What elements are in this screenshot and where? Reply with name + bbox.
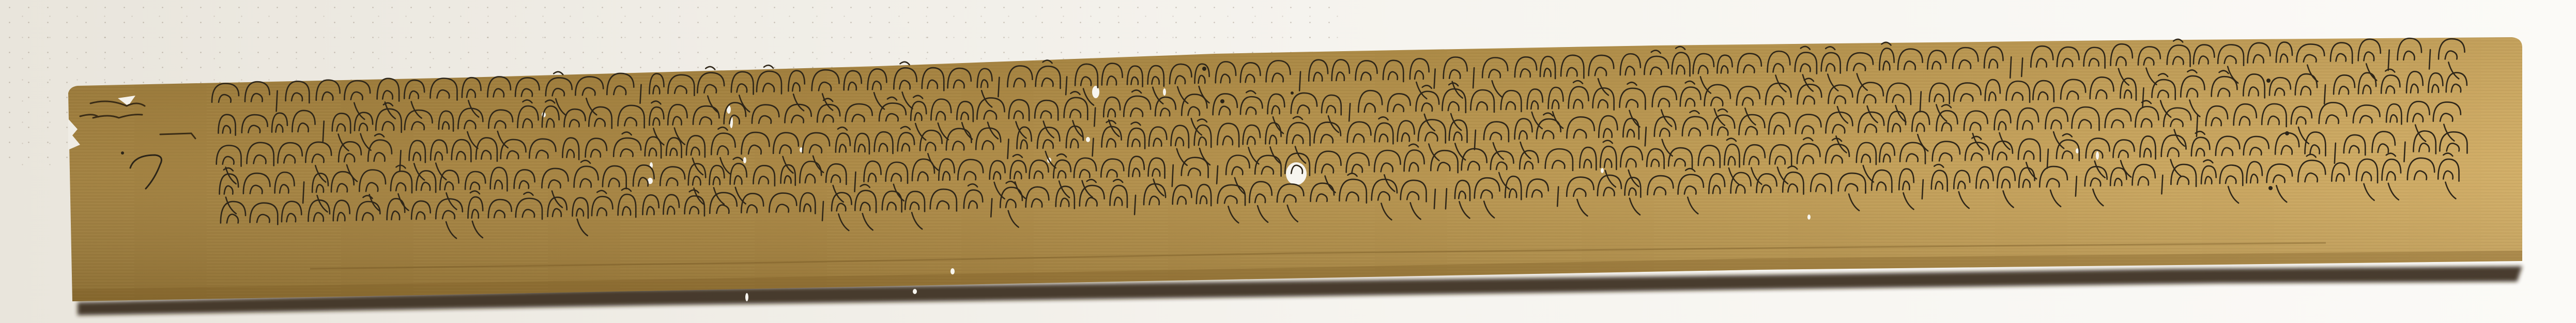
palm-leaf-manuscript [0,0,2576,323]
